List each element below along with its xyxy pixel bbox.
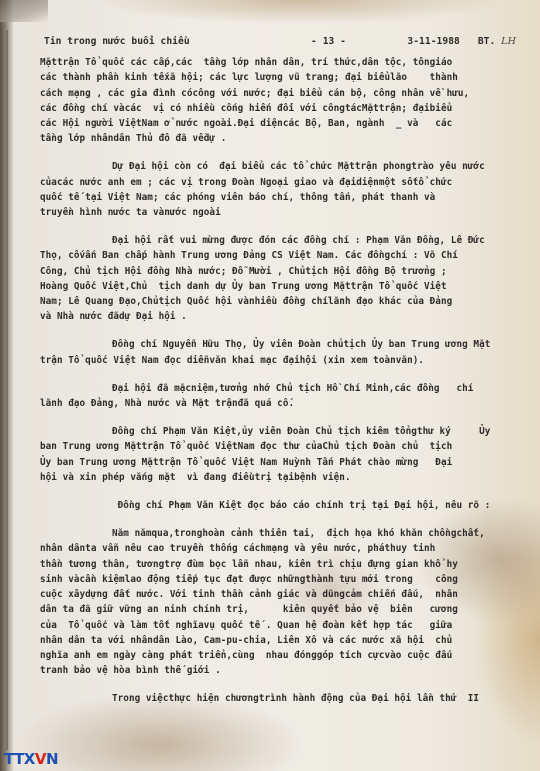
header-date: 3-11-1988 (407, 34, 459, 49)
text-line: trận Tổ quốc Việt Nam đọc diễnvăn khai m… (40, 353, 516, 368)
text-line: các Hội người ViệtNam ở nước ngoài.Đại d… (40, 116, 516, 131)
text-line: tranh bảo vệ hòa bình thế giới . (40, 663, 516, 678)
text-line: và Nhà nước đãdự Đại hội . (40, 309, 516, 324)
paragraph: Đại hội đã mặcniệm,tưởng nhớ Chủ tịch Hồ… (40, 381, 516, 411)
page-number: - 13 - (311, 34, 346, 49)
text-line: Đại hội rất vui mừng được đón các đồng c… (40, 233, 516, 248)
page-header: Tin trong nước buổi chiều - 13 - 3-11-19… (40, 34, 516, 49)
ttxvn-logo: TTXVN (4, 750, 58, 768)
binding-edge (6, 30, 8, 750)
text-line: các thành phần kinh tếxã hội; các lực lư… (40, 70, 516, 85)
text-line: Nam; Lê Quang Đạo,Chủtịch Quốc hội vànhi… (40, 294, 516, 309)
paragraph: Trong việcthực hiện chươngtrình hành độn… (40, 691, 516, 706)
text-line: ban Trung ương Mặttrận Tổ quốc ViệtNam đ… (40, 439, 516, 454)
text-line: Trong việcthực hiện chươngtrình hành độn… (40, 691, 516, 706)
text-line: cuộc xâydựng đất nước. Với tinh thần cản… (40, 587, 516, 602)
header-code-label: BT. (478, 36, 495, 47)
text-line: dân ta đã giữ vững an ninh chính trị, ki… (40, 602, 516, 617)
text-line: nghĩa anh em ngày càng phát triển,cùng n… (40, 648, 516, 663)
header-signature: LH (501, 36, 516, 47)
text-line: Đại hội đã mặcniệm,tưởng nhớ Chủ tịch Hồ… (40, 381, 516, 396)
text-line: các đồng chí vàcác vị có nhiều cống hiến… (40, 101, 516, 116)
text-line: Đồng chí Nguyễn Hữu Thọ, Ủy viên Đoàn ch… (40, 337, 516, 352)
text-line: cách mạng , các gia đình cócông với nước… (40, 86, 516, 101)
document-page: Tin trong nước buổi chiều - 13 - 3-11-19… (0, 0, 540, 771)
text-line: của Tổ quốc và làm tốt nghĩavụ quốc tế .… (40, 618, 516, 633)
text-line: sinh vàcần kiệmlao động tiếp tục đạt đượ… (40, 572, 516, 587)
text-line: hội và xin phép vắng mặt vì đang điềutrị… (40, 470, 516, 485)
typewritten-text: Tin trong nước buổi chiều - 13 - 3-11-19… (40, 34, 516, 720)
paragraph: Đồng chí Nguyễn Hữu Thọ, Ủy viên Đoàn ch… (40, 337, 516, 367)
text-line: Dự Đại hội còn có đại biểu các tổ chức M… (40, 159, 516, 174)
text-line: truyền hình nước ta vànước ngoài (40, 205, 516, 220)
header-title: Tin trong nước buổi chiều (44, 34, 190, 49)
text-line: Công, Chủ tịch Hội đồng Nhà nước; Đỗ Mườ… (40, 264, 516, 279)
page-fold-shadow (0, 0, 48, 22)
header-right: 3-11-1988 BT. LH (407, 34, 516, 49)
paragraph: Dự Đại hội còn có đại biểu các tổ chức M… (40, 159, 516, 220)
text-line: Đồng chí Phạm Văn Kiệt,ủy viên Đoàn Chủ … (40, 424, 516, 439)
text-line: Ủy ban Trung ương Mặttrận Tổ quốc Việt N… (40, 455, 516, 470)
text-line: nhân dânta vẫn nêu cao truyền thống cách… (40, 541, 516, 556)
logo-text-ttx: TTX (4, 750, 35, 768)
paragraph: Đại hội rất vui mừng được đón các đồng c… (40, 233, 516, 324)
text-line: Mặttrận Tổ quốc các cấp,các tầng lớp nhâ… (40, 55, 516, 70)
logo-text-v: V (35, 750, 46, 768)
text-line: Hoàng Quốc Việt,Chủ tịch danh dự Ủy ban … (40, 279, 516, 294)
text-line: thần tương thân, tươngtrợ đùm bọc lẫn nh… (40, 557, 516, 572)
text-line: nhân dân ta với nhândân Lào, Cam-pu-chia… (40, 633, 516, 648)
body-paragraphs: Mặttrận Tổ quốc các cấp,các tầng lớp nhâ… (40, 55, 516, 706)
text-line: Năm nămqua,tronghoàn cảnh thiên tai, địc… (40, 526, 516, 541)
header-code: BT. LH (478, 34, 516, 49)
paragraph: Mặttrận Tổ quốc các cấp,các tầng lớp nhâ… (40, 55, 516, 146)
text-line: Đồng chí Phạm Văn Kiệt đọc báo cáo chính… (40, 498, 516, 513)
text-line: Thọ, cốvấn Ban chấp hành Trung ương Đảng… (40, 248, 516, 263)
paragraph: Năm nămqua,tronghoàn cảnh thiên tai, địc… (40, 526, 516, 678)
paragraph: Đồng chí Phạm Văn Kiệt đọc báo cáo chính… (40, 498, 516, 513)
text-line: tầng lớp nhândân Thủ đô đã vềdự . (40, 131, 516, 146)
logo-text-n: N (46, 750, 58, 768)
text-line: củacác nước anh em ; các vị trong Đoàn N… (40, 175, 516, 190)
text-line: quốc tế tại Việt Nam; các phóng viên báo… (40, 190, 516, 205)
paragraph: Đồng chí Phạm Văn Kiệt,ủy viên Đoàn Chủ … (40, 424, 516, 485)
text-line: lãnh đạo Đảng, Nhà nước và Mặt trậnđã qu… (40, 396, 516, 411)
